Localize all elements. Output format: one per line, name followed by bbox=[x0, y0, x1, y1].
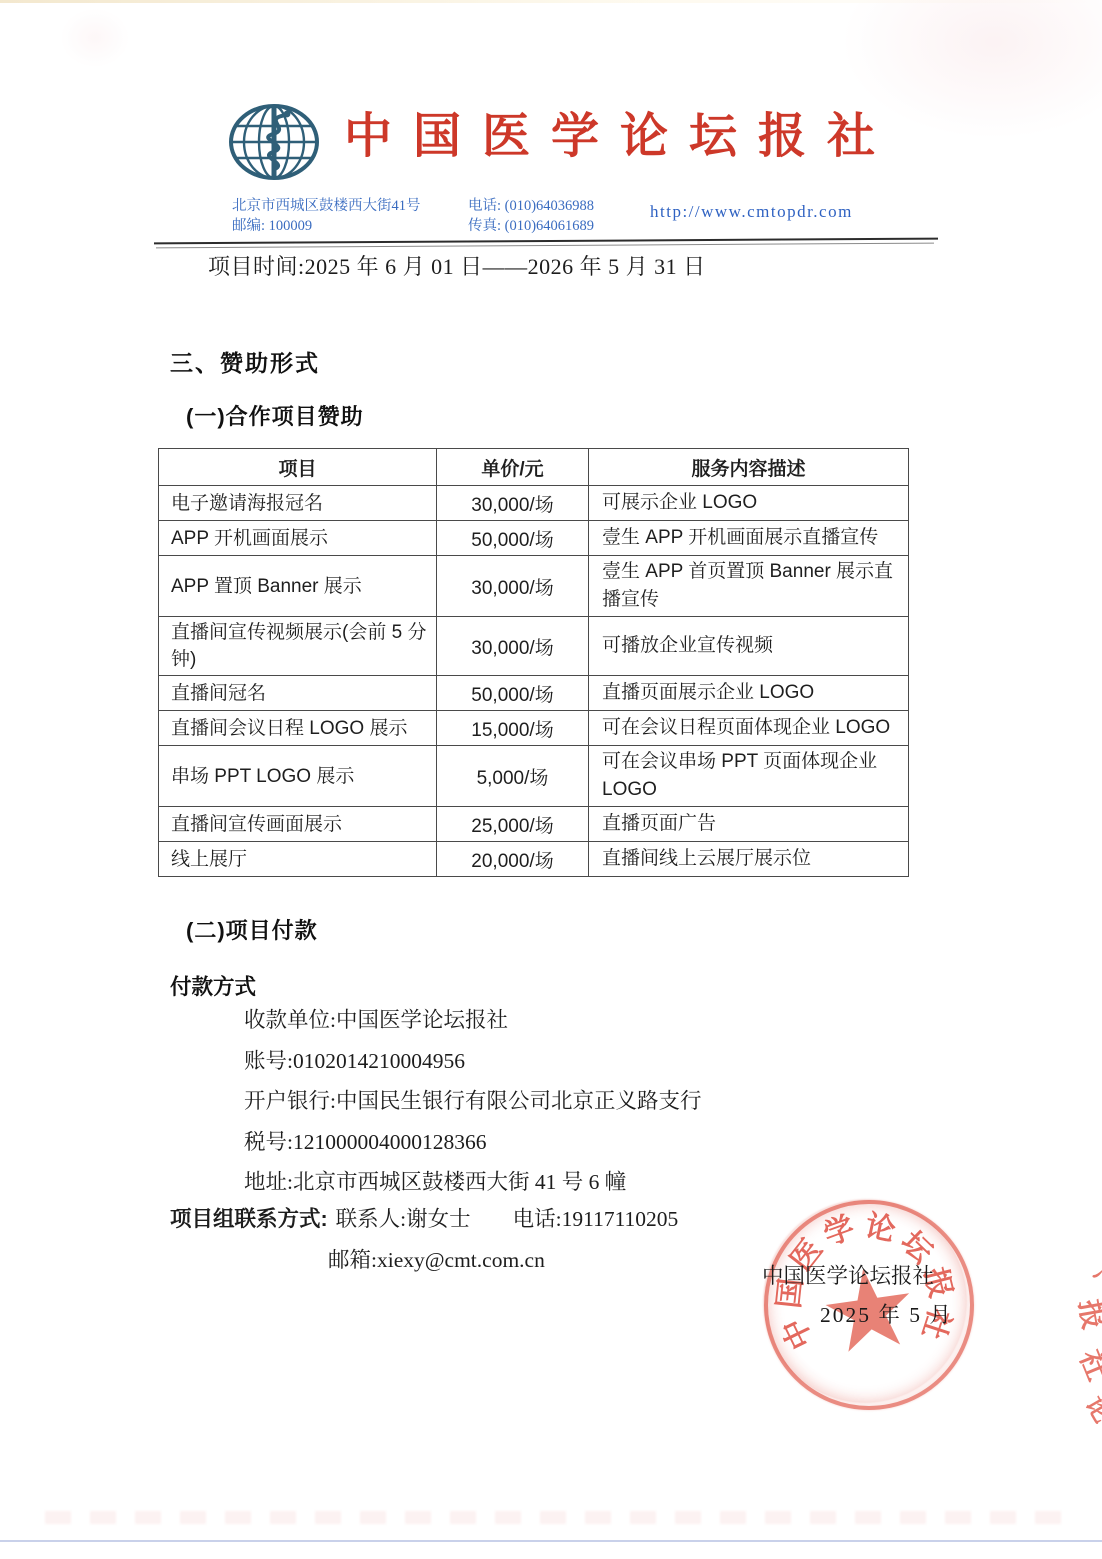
table-cell-desc: 直播页面展示企业 LOGO bbox=[589, 676, 909, 711]
sponsorship-table: 项目 单价/元 服务内容描述 电子邀请海报冠名 30,000/场 可展示企业 L… bbox=[158, 448, 909, 877]
logo-globe-caduceus-icon bbox=[228, 102, 320, 182]
table-row: 直播间冠名 50,000/场 直播页面展示企业 LOGO bbox=[159, 676, 909, 711]
website-link[interactable]: http://www.cmtopdr.com bbox=[650, 202, 853, 222]
table-cell-desc: 壹生 APP 开机画面展示直播宣传 bbox=[589, 521, 909, 556]
phone-line: 电话: (010)64036988 bbox=[468, 196, 594, 216]
table-cell-price: 20,000/场 bbox=[437, 842, 589, 877]
address-line1: 北京市西城区鼓楼西大街41号 bbox=[232, 196, 421, 216]
org-title: 中国医学论坛报社 bbox=[344, 108, 896, 166]
table-cell-price: 50,000/场 bbox=[437, 676, 589, 711]
table-cell-desc: 可展示企业 LOGO bbox=[589, 486, 909, 521]
table-cell-desc: 直播间线上云展厅展示位 bbox=[589, 842, 909, 877]
table-cell-desc: 直播页面广告 bbox=[589, 807, 909, 842]
table-cell-item: 直播间宣传视频展示(会前 5 分钟) bbox=[159, 617, 437, 676]
project-time-line: 项目时间:2025 年 6 月 01 日——2026 年 5 月 31 日 bbox=[208, 250, 706, 281]
table-cell-price: 5,000/场 bbox=[437, 746, 589, 807]
table-cell-price: 25,000/场 bbox=[437, 807, 589, 842]
seal-overlay-date: 2025 年 5 月 bbox=[820, 1298, 953, 1329]
seal-ring-char: 学 bbox=[817, 1202, 860, 1254]
payment-tax-no: 税号:121000004000128366 bbox=[244, 1122, 701, 1163]
edge-stamp-fragment: 报 bbox=[1071, 1295, 1102, 1332]
table-cell-item: 串场 PPT LOGO 展示 bbox=[159, 746, 437, 807]
table-cell-price: 15,000/场 bbox=[437, 711, 589, 746]
edge-stamp-fragment: 丶 bbox=[1080, 1260, 1102, 1287]
table-row: 串场 PPT LOGO 展示 5,000/场 可在会议串场 PPT 页面体现企业… bbox=[159, 746, 909, 807]
contact-person: 联系人:谢女士 bbox=[336, 1207, 471, 1231]
page: 中国医学论坛报社 北京市西城区鼓楼西大街41号 邮编: 100009 电话: (… bbox=[0, 0, 1102, 1559]
table-cell-desc: 可在会议日程页面体现企业 LOGO bbox=[589, 711, 909, 746]
project-contact-label: 项目组联系方式: bbox=[170, 1207, 328, 1231]
table-row: APP 置顶 Banner 展示 30,000/场 壹生 APP 首页置顶 Ba… bbox=[159, 556, 909, 617]
edge-stamp-fragment: 社 bbox=[1071, 1342, 1102, 1386]
section-title: 三、赞助形式 bbox=[170, 345, 320, 378]
table-row: 线上展厅 20,000/场 直播间线上云展厅展示位 bbox=[159, 842, 909, 877]
table-row: 直播间宣传画面展示 25,000/场 直播页面广告 bbox=[159, 807, 909, 842]
table-cell-item: APP 开机画面展示 bbox=[159, 521, 437, 556]
payment-bank: 开户银行:中国民生银行有限公司北京正义路支行 bbox=[244, 1081, 701, 1122]
table-header-row: 项目 单价/元 服务内容描述 bbox=[159, 449, 909, 486]
seal-ring-char: 论 bbox=[862, 1200, 900, 1249]
table-cell-item: APP 置顶 Banner 展示 bbox=[159, 556, 437, 617]
scan-bleedthrough bbox=[45, 1511, 1080, 1524]
payment-method-title: 付款方式 bbox=[170, 970, 256, 1001]
table-cell-desc: 壹生 APP 首页置顶 Banner 展示直播宣传 bbox=[589, 556, 909, 617]
contact-email: 邮箱:xiexy@cmt.com.cn bbox=[328, 1243, 545, 1274]
letterhead-phone-fax: 电话: (010)64036988 传真: (010)64061689 bbox=[468, 196, 594, 236]
fax-line: 传真: (010)64061689 bbox=[468, 216, 594, 236]
payment-address: 地址:北京市西城区鼓楼西大街 41 号 6 幢 bbox=[244, 1162, 701, 1203]
scan-smudge bbox=[60, 8, 130, 68]
table-row: 直播间宣传视频展示(会前 5 分钟) 30,000/场 可播放企业宣传视频 bbox=[159, 617, 909, 676]
subsection1-title: (一)合作项目赞助 bbox=[186, 400, 364, 431]
table-cell-desc: 可在会议串场 PPT 页面体现企业 LOGO bbox=[589, 746, 909, 807]
col-header-item: 项目 bbox=[159, 449, 437, 486]
table-cell-item: 线上展厅 bbox=[159, 842, 437, 877]
table-cell-item: 直播间会议日程 LOGO 展示 bbox=[159, 711, 437, 746]
table-row: 直播间会议日程 LOGO 展示 15,000/场 可在会议日程页面体现企业 LO… bbox=[159, 711, 909, 746]
contact-phone: 电话:19117110205 bbox=[513, 1207, 679, 1231]
scan-bottom-edge bbox=[0, 1540, 1102, 1542]
table-cell-price: 30,000/场 bbox=[437, 556, 589, 617]
payment-details: 收款单位:中国医学论坛报社 账号:0102014210004956 开户银行:中… bbox=[244, 1000, 701, 1203]
table-cell-price: 30,000/场 bbox=[437, 486, 589, 521]
project-contact-line: 项目组联系方式:联系人:谢女士电话:19117110205 bbox=[170, 1202, 678, 1233]
table-cell-item: 电子邀请海报冠名 bbox=[159, 486, 437, 521]
table-cell-item: 直播间冠名 bbox=[159, 676, 437, 711]
seal-overlay-org: 中国医学论坛报社 bbox=[762, 1259, 934, 1290]
table-row: APP 开机画面展示 50,000/场 壹生 APP 开机画面展示直播宣传 bbox=[159, 521, 909, 556]
table-cell-item: 直播间宣传画面展示 bbox=[159, 807, 437, 842]
payment-account: 账号:0102014210004956 bbox=[244, 1041, 701, 1082]
table-row: 电子邀请海报冠名 30,000/场 可展示企业 LOGO bbox=[159, 486, 909, 521]
address-line2: 邮编: 100009 bbox=[232, 216, 421, 236]
payment-payee: 收款单位:中国医学论坛报社 bbox=[244, 1000, 701, 1041]
table-cell-price: 50,000/场 bbox=[437, 521, 589, 556]
col-header-desc: 服务内容描述 bbox=[589, 449, 909, 486]
letterhead-address: 北京市西城区鼓楼西大街41号 邮编: 100009 bbox=[232, 196, 421, 236]
col-header-price: 单价/元 bbox=[437, 449, 589, 486]
table-cell-desc: 可播放企业宣传视频 bbox=[589, 617, 909, 676]
table-cell-price: 30,000/场 bbox=[437, 617, 589, 676]
subsection2-title: (二)项目付款 bbox=[186, 914, 318, 945]
edge-stamp-fragment: 论 bbox=[1078, 1388, 1102, 1429]
